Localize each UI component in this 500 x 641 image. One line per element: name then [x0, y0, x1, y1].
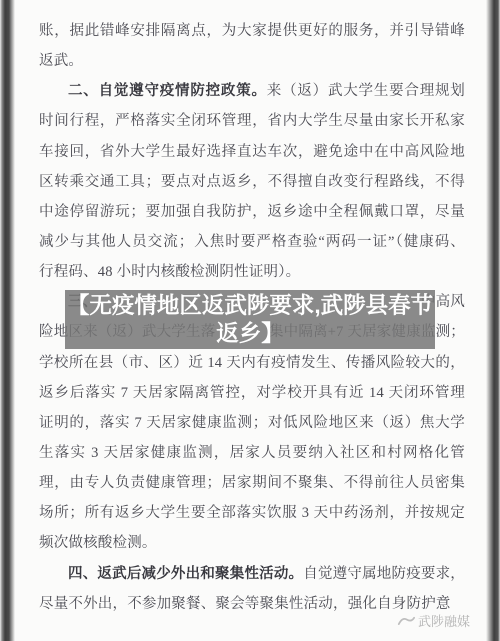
watermark: 武陟融媒: [397, 611, 470, 630]
line-text: 行程码、48 小时内核酸检测阴性证明）。: [39, 264, 300, 280]
line-text: 频次做核酸检测。: [39, 535, 157, 551]
document-line: 时间行程，严格落实全闭环管理，省内大学生尽量由家长开私家: [39, 106, 465, 136]
line-text: 生落实 3 天居家健康监测，居家人员要纳入社区和村网格化管: [39, 445, 465, 461]
page-edge-shadow-left: [0, 0, 15, 641]
document-line: 行程码、48 小时内核酸检测阴性证明）。: [39, 257, 465, 287]
line-text: 场所；所有返乡大学生要全部落实饮服 3 天中药汤剂，并按规定: [39, 505, 465, 521]
line-text: 账，据此错峰安排隔离点，为大家提供更好的服务，并引导错峰: [39, 23, 465, 39]
line-text: 证明的，落实 7 天居家健康监测；对低风险地区来（返）焦大学: [39, 415, 465, 431]
document-line: 二、自觉遵守疫情防控政策。来（返）武大学生要合理规划: [39, 76, 465, 106]
caption-overlay-text-line2: 返乡】: [216, 320, 284, 348]
caption-overlay-text-line1: 【无疫情地区返武陟要求,武陟县春节: [67, 292, 433, 320]
swoosh-logo-icon: [397, 614, 415, 627]
caption-overlay: 【无疫情地区返武陟要求,武陟县春节 返乡】: [65, 290, 435, 349]
line-text: 返乡后落实 7 天居家隔离管控，对学校开具有近 14 天闭环管理: [39, 385, 465, 401]
document-line: 车接回，省外大学生最好选择直达车次，避免途中在中高风险地: [39, 137, 465, 167]
line-text: 自觉遵守属地防疫要求，: [303, 566, 465, 582]
section-heading: 二、自觉遵守疫情防控政策。: [68, 83, 267, 99]
document-line: 学校所在县（市、区）近 14 天内有疫情发生、传播风险较大的，: [39, 348, 465, 378]
document-line: 返武。: [39, 46, 465, 76]
line-text: 中途停留游玩；要加强自我防护，返乡途中全程佩戴口罩，尽量: [39, 204, 465, 220]
scanned-document-photo: 账，据此错峰安排隔离点，为大家提供更好的服务，并引导错峰返武。二、自觉遵守疫情防…: [0, 0, 500, 641]
line-text: 理，由专人负责健康管理；居家期间不聚集、不得前往人员密集: [39, 475, 465, 491]
line-text: 车接回，省外大学生最好选择直达车次，避免途中在中高风险地: [39, 144, 465, 160]
line-text: 尽量不外出，不参加聚餐、聚会等聚集性活动，强化自身防护意: [39, 596, 451, 612]
document-line: 中途停留游玩；要加强自我防护，返乡途中全程佩戴口罩，尽量: [39, 197, 465, 227]
document-line: 理，由专人负责健康管理；居家期间不聚集、不得前往人员密集: [39, 468, 465, 498]
document-line: 生落实 3 天居家健康监测，居家人员要纳入社区和村网格化管: [39, 438, 465, 468]
document-line: 返乡后落实 7 天居家隔离管控，对学校开具有近 14 天闭环管理: [39, 378, 465, 408]
document-line: 频次做核酸检测。: [39, 528, 465, 558]
section-heading: 四、返武后减少外出和聚集性活动。: [68, 566, 303, 582]
line-text: 返武。: [39, 53, 83, 69]
line-text: 来（返）武大学生要合理规划: [267, 83, 465, 99]
document-line: 账，据此错峰安排隔离点，为大家提供更好的服务，并引导错峰: [39, 16, 465, 46]
document-line: 证明的，落实 7 天居家健康监测；对低风险地区来（返）焦大学: [39, 408, 465, 438]
line-text: 时间行程，严格落实全闭环管理，省内大学生尽量由家长开私家: [39, 113, 465, 129]
line-text: 减少与其他人员交流；入焦时要严格查验“两码一证”（健康码、: [39, 234, 465, 250]
line-text: 区转乘交通工具；要点对点返乡，不得擅自改变行程路线，不得: [39, 174, 465, 190]
document-line: 区转乘交通工具；要点对点返乡，不得擅自改变行程路线，不得: [39, 167, 465, 197]
line-text: 学校所在县（市、区）近 14 天内有疫情发生、传播风险较大的，: [39, 355, 465, 371]
page-edge-shadow-right: [486, 0, 500, 641]
document-line: 场所；所有返乡大学生要全部落实饮服 3 天中药汤剂，并按规定: [39, 498, 465, 528]
watermark-label: 武陟融媒: [418, 611, 470, 630]
document-line: 减少与其他人员交流；入焦时要严格查验“两码一证”（健康码、: [39, 227, 465, 257]
document-line: 四、返武后减少外出和聚集性活动。自觉遵守属地防疫要求，: [39, 559, 465, 589]
